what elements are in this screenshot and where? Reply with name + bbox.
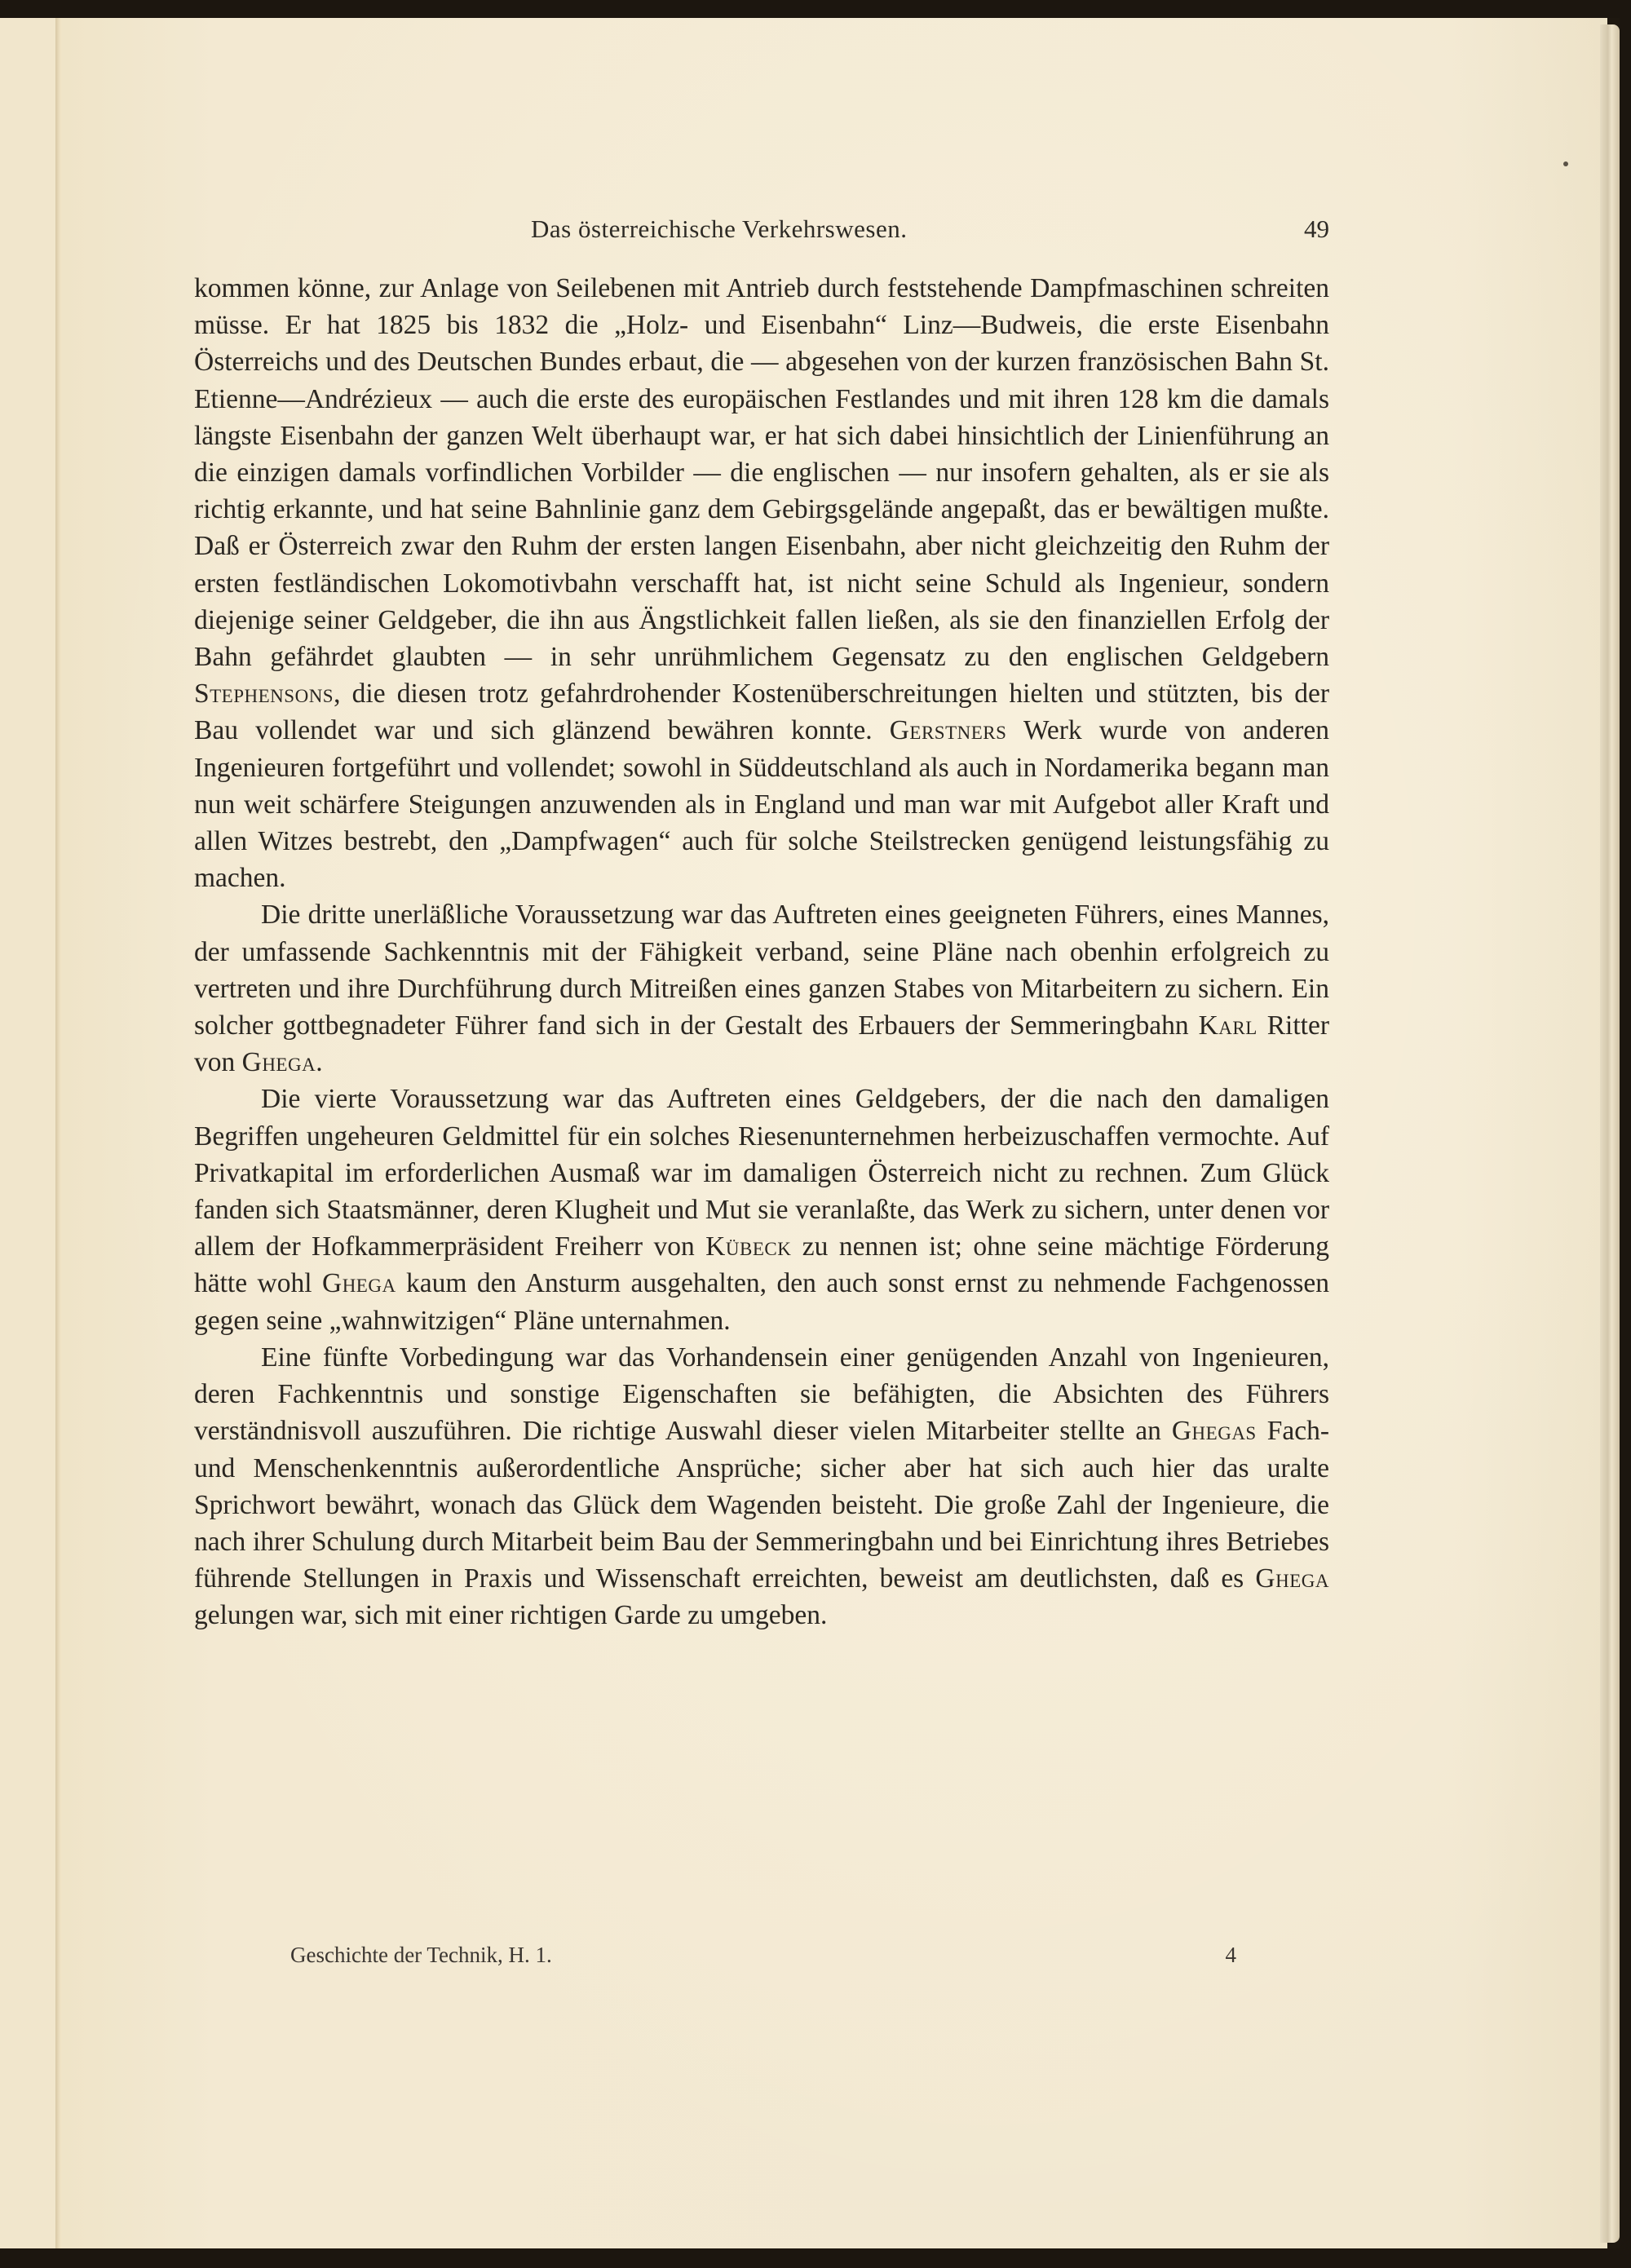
text-run: gelungen war, sich mit einer richtigen G… — [194, 1600, 827, 1630]
sheet-number: 4 — [1226, 1943, 1237, 1968]
text-run: Die dritte unerläßliche Voraussetzung wa… — [194, 900, 1329, 1041]
text-run: kommen könne, zur Anlage von Seilebenen … — [194, 273, 1329, 672]
running-title: Das österreichische Verkehrswesen. — [531, 214, 907, 244]
scan-right-border — [1620, 0, 1631, 2268]
scan-bottom-border — [0, 2248, 1631, 2268]
person-name: Ghega — [1255, 1563, 1329, 1594]
text-run: Eine fünfte Vorbedingung war das Vorhand… — [194, 1342, 1329, 1446]
scanned-book-spread: Das österreichische Verkehrswesen. 49 ko… — [0, 0, 1631, 2268]
person-name: Ghega — [322, 1268, 396, 1298]
person-name: Kübeck — [705, 1231, 791, 1262]
signature-line: Geschichte der Technik, H. 1. — [290, 1943, 552, 1968]
person-name: Gerstners — [890, 715, 1007, 745]
paper-speck — [1563, 161, 1568, 166]
text-run: . — [316, 1047, 322, 1077]
person-name: Karl — [1199, 1010, 1258, 1041]
paragraph: kommen könne, zur Anlage von Seilebenen … — [194, 270, 1329, 896]
paragraph: Die dritte unerläßliche Voraussetzung wa… — [194, 896, 1329, 1081]
paragraph: Die vierte Voraussetzung war das Auftret… — [194, 1081, 1329, 1338]
page-stack-edge — [1600, 24, 1620, 2243]
person-name: Ghega — [242, 1047, 316, 1077]
running-head: Das österreichische Verkehrswesen. 49 — [192, 214, 1329, 247]
person-name: Ghegas — [1172, 1416, 1257, 1446]
paragraph: Eine fünfte Vorbedingung war das Vorhand… — [194, 1339, 1329, 1634]
person-name: Stephensons — [194, 679, 334, 709]
body-text: kommen könne, zur Anlage von Seilebenen … — [194, 270, 1329, 1634]
page-number: 49 — [1304, 214, 1329, 244]
scan-top-border — [0, 0, 1631, 18]
previous-page-edge — [0, 18, 57, 2248]
